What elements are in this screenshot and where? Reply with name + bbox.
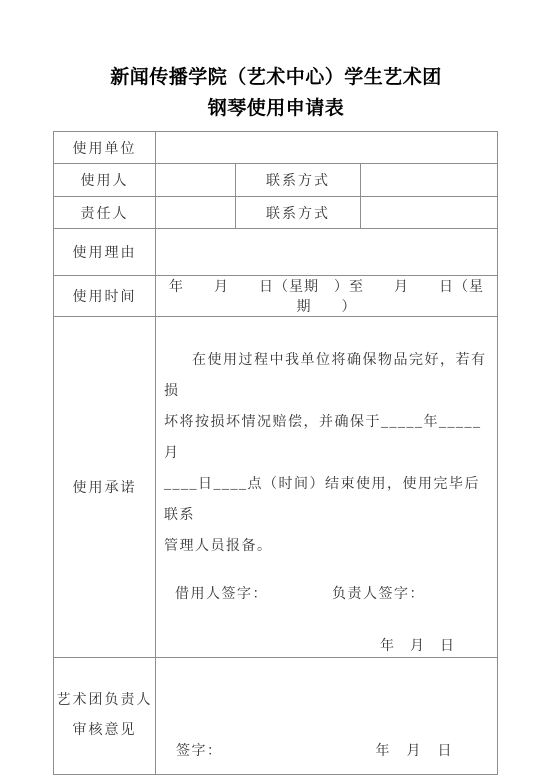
review-signature-label: 签字： <box>176 742 223 762</box>
reason-label: 使用理由 <box>54 229 156 276</box>
use-unit-label: 使用单位 <box>54 132 156 164</box>
user-label: 使用人 <box>54 164 156 197</box>
title-line-2: 钢琴使用申请表 <box>0 93 552 124</box>
responsible-contact-field <box>361 197 498 229</box>
review-label-line-2: 审核意见 <box>54 716 155 746</box>
review-date: 年 月 日 <box>376 742 454 762</box>
row-commitment: 使用承诺 在使用过程中我单位将确保物品完好，若有损 坏将按损坏情况赔偿，并确保于… <box>54 317 498 658</box>
borrower-signature-label: 借用人签字： <box>175 585 268 605</box>
review-field: 签字： 年 月 日 <box>156 658 498 775</box>
row-review: 艺术团负责人 审核意见 签字： 年 月 日 <box>54 658 498 775</box>
commitment-line: 管理人员报备。 <box>164 531 487 562</box>
row-responsible: 责任人 联系方式 <box>54 197 498 229</box>
row-time: 使用时间 年 月 日（星期 ）至 月 日（星期 ） <box>54 276 498 317</box>
commitment-paragraph: 在使用过程中我单位将确保物品完好，若有损 坏将按损坏情况赔偿，并确保于_____… <box>156 317 497 562</box>
application-form-page: 新闻传播学院（艺术中心）学生艺术团 钢琴使用申请表 使用单位 使用人 联系方式 … <box>0 0 552 781</box>
responsible-signature-label: 负责人签字： <box>332 585 425 605</box>
responsible-label: 责任人 <box>54 197 156 229</box>
review-label: 艺术团负责人 审核意见 <box>54 658 156 775</box>
reason-field <box>156 229 498 276</box>
row-user: 使用人 联系方式 <box>54 164 498 197</box>
row-use-unit: 使用单位 <box>54 132 498 164</box>
user-contact-label: 联系方式 <box>236 164 361 197</box>
row-reason: 使用理由 <box>54 229 498 276</box>
user-field <box>156 164 236 197</box>
review-signature-row: 签字： 年 月 日 <box>156 742 497 762</box>
commitment-field: 在使用过程中我单位将确保物品完好，若有损 坏将按损坏情况赔偿，并确保于_____… <box>156 317 498 658</box>
application-form-table: 使用单位 使用人 联系方式 责任人 联系方式 使用理由 使用时间 年 月 日（星… <box>53 131 498 775</box>
title-line-1: 新闻传播学院（艺术中心）学生艺术团 <box>0 62 552 93</box>
time-label: 使用时间 <box>54 276 156 317</box>
review-label-line-1: 艺术团负责人 <box>54 686 155 716</box>
commitment-line: 在使用过程中我单位将确保物品完好，若有损 <box>164 345 487 407</box>
commitment-signature-row: 借用人签字： 负责人签字： <box>156 585 497 605</box>
use-unit-field <box>156 132 498 164</box>
document-title: 新闻传播学院（艺术中心）学生艺术团 钢琴使用申请表 <box>0 62 552 124</box>
time-field: 年 月 日（星期 ）至 月 日（星期 ） <box>156 276 498 317</box>
commitment-line: 坏将按损坏情况赔偿，并确保于_____年_____月 <box>164 407 487 469</box>
commitment-date: 年 月 日 <box>156 637 497 657</box>
commitment-label: 使用承诺 <box>54 317 156 658</box>
responsible-contact-label: 联系方式 <box>236 197 361 229</box>
responsible-field <box>156 197 236 229</box>
commitment-line: ____日____点（时间）结束使用，使用完毕后联系 <box>164 469 487 531</box>
user-contact-field <box>361 164 498 197</box>
